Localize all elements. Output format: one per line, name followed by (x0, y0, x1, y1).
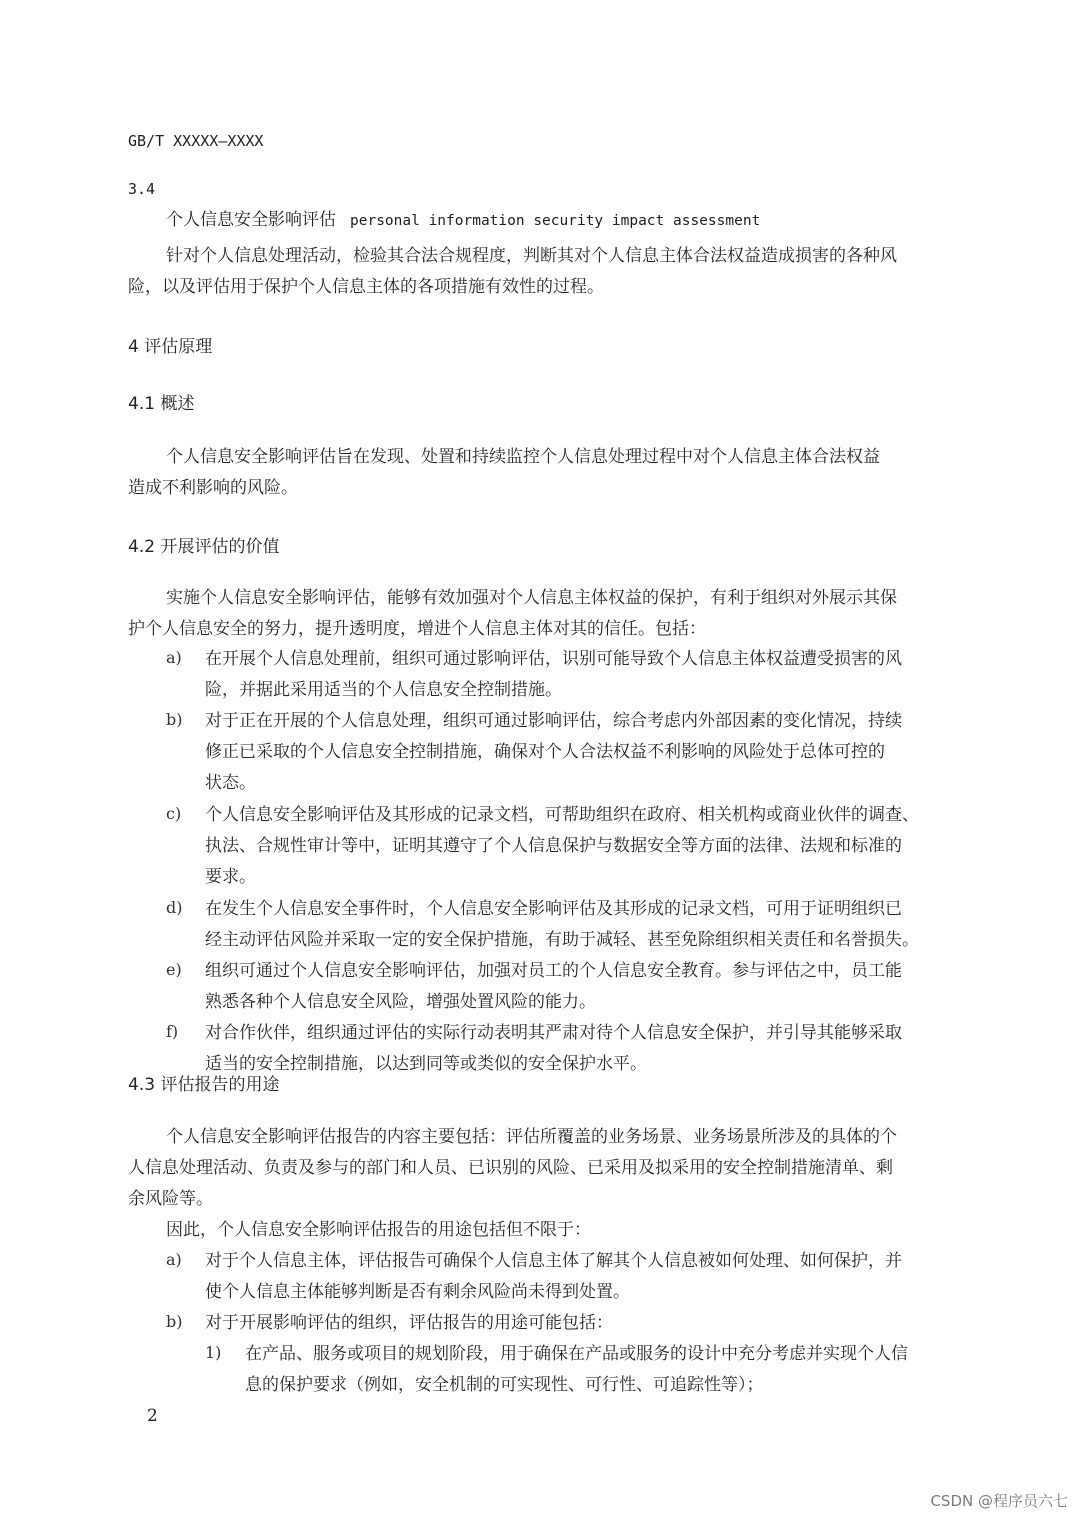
list-label: e) (166, 960, 182, 979)
sublist-label: 1) (205, 1343, 221, 1362)
list-item-line: 险，并据此采用适当的个人信息安全控制措施。 (205, 675, 562, 706)
list-item-line: 要求。 (205, 862, 256, 893)
paragraph-line: 护个人信息安全的努力，提升透明度，增进个人信息主体对其的信任。包括： (128, 614, 706, 645)
list-item-line: 状态。 (205, 768, 256, 799)
paragraph-line: 造成不利影响的风险。 (128, 473, 298, 504)
list-label: a) (166, 648, 182, 667)
page-number: 2 (147, 1406, 158, 1426)
list-item-line: 对于正在开展的个人信息处理，组织可通过影响评估，综合考虑内外部因素的变化情况，持… (205, 706, 902, 737)
list-item-line: 执法、合规性审计等中，证明其遵守了个人信息保护与数据安全等方面的法律、法规和标准… (205, 831, 902, 862)
list-item-line: 组织可通过个人信息安全影响评估，加强对员工的个人信息安全教育。参与评估之中，员工… (205, 956, 902, 987)
list-label: d) (166, 898, 182, 917)
list-item-line: 修正已采取的个人信息安全控制措施，确保对个人合法权益不利影响的风险处于总体可控的 (205, 737, 885, 768)
paragraph-line: 余风险等。 (128, 1184, 213, 1215)
list-item-line: 使个人信息主体能够判断是否有剩余风险尚未得到处置。 (205, 1277, 630, 1308)
paragraph-line: 因此，个人信息安全影响评估报告的用途包括但不限于： (166, 1215, 591, 1246)
section-heading: 4.3 评估报告的用途 (128, 1070, 279, 1095)
list-item-line: 对于个人信息主体，评估报告可确保个人信息主体了解其个人信息被如何处理、如何保护，… (205, 1246, 902, 1277)
list-label: c) (166, 804, 181, 823)
list-item-line: 熟悉各种个人信息安全风险，增强处置风险的能力。 (205, 987, 596, 1018)
list-item-line: 个人信息安全影响评估及其形成的记录文档，可帮助组织在政府、相关机构或商业伙伴的调… (205, 800, 919, 831)
term-en: personal information security impact ass… (350, 213, 760, 229)
list-item-line: 在发生个人信息安全事件时，个人信息安全影响评估及其形成的记录文档，可用于证明组织… (205, 894, 902, 925)
sublist-item-line: 息的保护要求（例如，安全机制的可实现性、可行性、可追踪性等）； (245, 1370, 764, 1401)
term-zh: 个人信息安全影响评估 (166, 210, 336, 230)
document-page: GB/T XXXXX—XXXX 3.4 个人信息安全影响评估personal i… (0, 0, 1080, 1527)
standard-id-header: GB/T XXXXX—XXXX (128, 132, 263, 150)
section-heading: 4.1 概述 (128, 389, 194, 414)
clause-number: 3.4 (128, 180, 155, 198)
paragraph-line: 实施个人信息安全影响评估，能够有效加强对个人信息主体权益的保护，有利于组织对外展… (166, 583, 897, 614)
paragraph-line: 个人信息安全影响评估报告的内容主要包括：评估所覆盖的业务场景、业务场景所涉及的具… (166, 1122, 897, 1153)
definition-line: 针对个人信息处理活动，检验其合法合规程度，判断其对个人信息主体合法权益造成损害的… (166, 241, 897, 272)
list-label: b) (166, 1312, 182, 1331)
sublist-item-line: 在产品、服务或项目的规划阶段，用于确保在产品或服务的设计中充分考虑并实现个人信 (245, 1339, 908, 1370)
list-item-line: 对合作伙伴，组织通过评估的实际行动表明其严肃对待个人信息安全保护，并引导其能够采… (205, 1018, 902, 1049)
section-heading: 4.2 开展评估的价值 (128, 532, 279, 557)
list-label: f) (166, 1022, 178, 1041)
list-item-line: 经主动评估风险并采取一定的安全保护措施，有助于减轻、甚至免除组织相关责任和名誉损… (205, 925, 919, 956)
list-item-line: 在开展个人信息处理前，组织可通过影响评估，识别可能导致个人信息主体权益遭受损害的… (205, 644, 902, 675)
watermark: CSDN @程序员六七 (930, 1490, 1068, 1511)
term-entry: 个人信息安全影响评估personal information security … (166, 205, 760, 230)
list-label: b) (166, 710, 182, 729)
paragraph-line: 个人信息安全影响评估旨在发现、处置和持续监控个人信息处理过程中对个人信息主体合法… (166, 442, 880, 473)
paragraph-line: 人信息处理活动、负责及参与的部门和人员、已识别的风险、已采用及拟采用的安全控制措… (128, 1153, 893, 1184)
definition-line: 险，以及评估用于保护个人信息主体的各项措施有效性的过程。 (128, 272, 604, 303)
list-item-line: 对于开展影响评估的组织，评估报告的用途可能包括： (205, 1308, 613, 1339)
list-label: a) (166, 1250, 182, 1269)
section-heading: 4 评估原理 (128, 332, 212, 357)
